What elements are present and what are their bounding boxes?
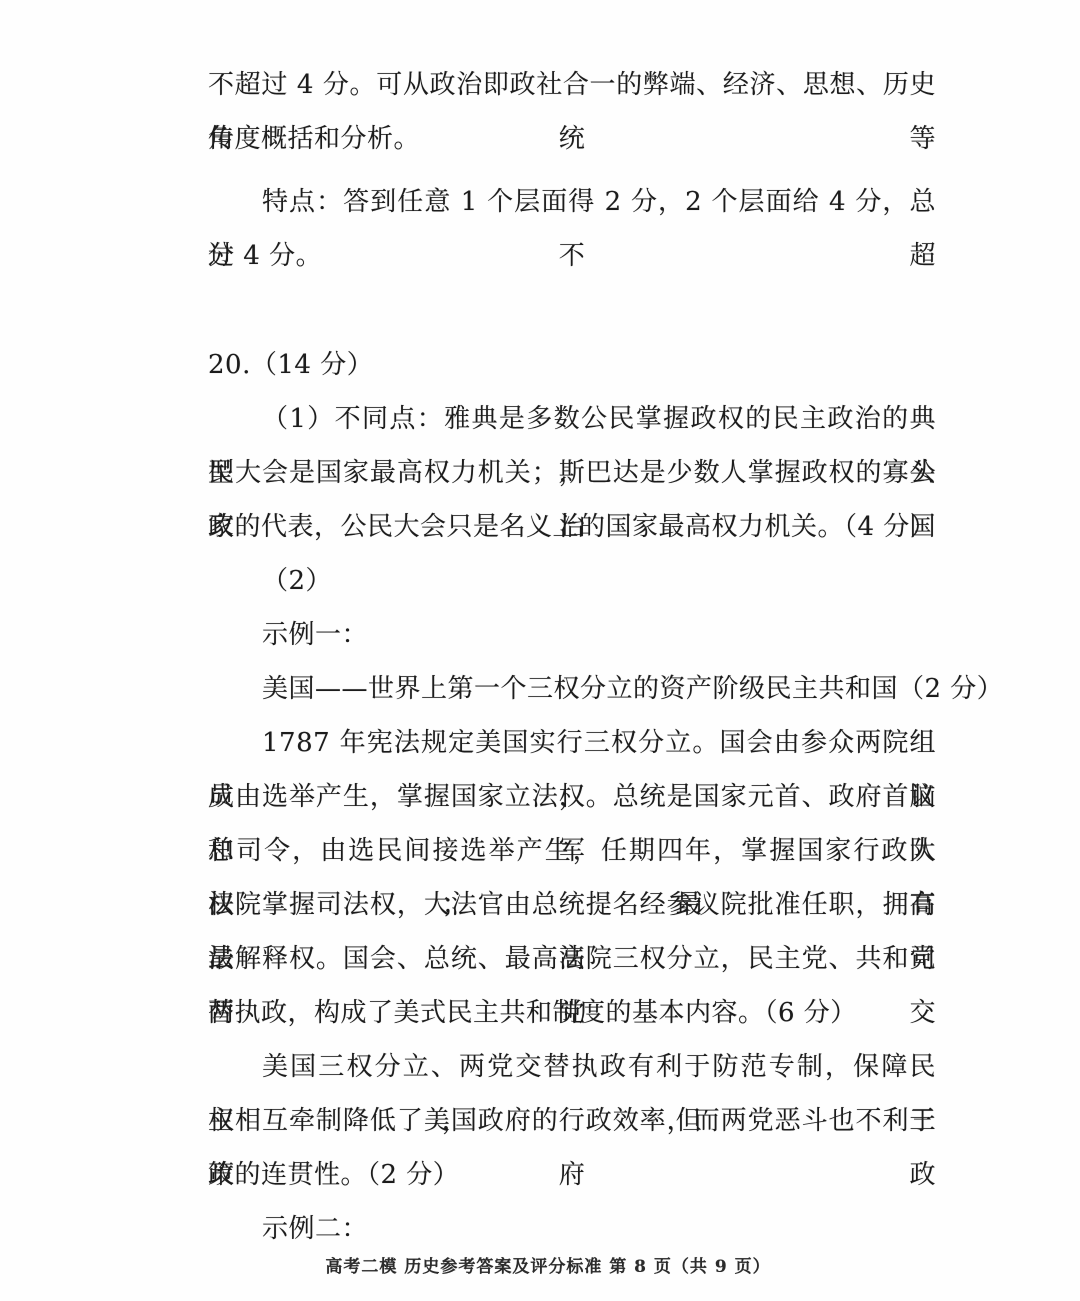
document-lines: 不超过 4 分。可从政治即政社合一的弊端、经济、思想、历史传统等角度概括和分析。… [208, 58, 936, 1256]
text-line: 总司令，由选民间接选举产生，任期四年，掌握国家行政大权；最高 [208, 824, 936, 878]
text-line: 示例二： [208, 1202, 936, 1256]
text-line: 20.（14 分） [208, 338, 936, 392]
text-line: 法院掌握司法权，大法官由总统提名经参议院批准任职，拥有最高司 [208, 878, 936, 932]
document-page: 不超过 4 分。可从政治即政社合一的弊端、经济、思想、历史传统等角度概括和分析。… [0, 0, 1080, 1301]
text-line: 权相互牵制降低了美国政府的行政效率，而两党恶斗也不利于政府政 [208, 1094, 936, 1148]
text-line: 法解释权。国会、总统、最高法院三权分立，民主党、共和党两党交 [208, 932, 936, 986]
text-line: （2） [208, 554, 936, 608]
page-footer: 高考二模 历史参考答案及评分标准 第 8 页（共 9 页） [0, 1252, 1080, 1277]
text-line: 不超过 4 分。可从政治即政社合一的弊端、经济、思想、历史传统等 [208, 58, 936, 112]
text-line: 员由选举产生，掌握国家立法权。总统是国家元首、政府首脑和军队 [208, 770, 936, 824]
text-line: （1）不同点：雅典是多数公民掌握政权的民主政治的典型，公 [208, 392, 936, 446]
text-line: 美国——世界上第一个三权分立的资产阶级民主共和国（2 分） [208, 662, 936, 716]
text-line: 替执政，构成了美式民主共和制度的基本内容。（6 分） [208, 986, 936, 1040]
text-line: 特点：答到任意 1 个层面得 2 分，2 个层面给 4 分，总分不超 [208, 175, 936, 229]
text-line: 1787 年宪法规定美国实行三权分立。国会由参众两院组成，议 [208, 716, 936, 770]
text-line: 民大会是国家最高权力机关；斯巴达是少数人掌握政权的寡头政治国 [208, 446, 936, 500]
text-line: 家的代表，公民大会只是名义上的国家最高权力机关。（4 分） [208, 500, 936, 554]
text-line: 美国三权分立、两党交替执政有利于防范专制，保障民主，但三 [208, 1040, 936, 1094]
text-line: 示例一： [208, 608, 936, 662]
